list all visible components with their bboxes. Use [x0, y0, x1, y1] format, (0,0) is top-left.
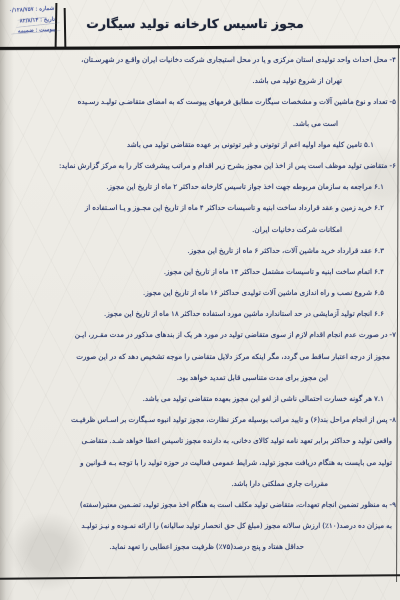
doc-line: ۶- متقاضی تولید موظف است پس از اخذ این م… — [0, 161, 400, 171]
scanned-document-page: شماره : ۰/۱۲۸/۷۵۷ تاریخ : ۸۲/۸/۱۴ پیوست … — [0, 0, 400, 600]
doc-line: تهران از شروع تولید می باشد. — [0, 76, 400, 86]
doc-line: ۶.۳ عقد قرارداد خرید ماشین آلات، حداکثر … — [0, 246, 400, 256]
page-title: مجوز تاسیس کارخانه تولید سیگارت — [70, 16, 320, 31]
doc-line: ۴- محل احداث واحد تولیدی استان مرکزی و ی… — [0, 55, 400, 65]
doc-line: ۷.۱ هر گونه خسارت احتمالی ناشی از لغو ای… — [0, 394, 400, 404]
handwriting-stroke — [11, 30, 61, 34]
doc-line: ۵.۱ تامین کلیه مواد اولیه اعم از توتونی … — [0, 140, 400, 150]
doc-line: واقعی تولید و حداکثر برابر تعهد نامه تول… — [0, 436, 400, 446]
doc-line: ۶.۴ اتمام ساخت ابنیه و تاسیسات مشتمل حدا… — [0, 267, 400, 277]
handwriting-stroke — [16, 22, 60, 28]
doc-line: تولید می بایست به هنگام دریافت مجوز تولی… — [0, 458, 400, 468]
doc-line: ۶.۱ مراجعه به سازمان مربوطه جهت اخذ جواز… — [0, 182, 400, 192]
doc-line: ۷- در صورت عدم انجام اقدام لازم از سوی م… — [0, 330, 400, 340]
doc-line: به میزان ده درصد(۱۰٪) ارزش سالانه مجوز (… — [0, 521, 400, 531]
doc-line: ۶.۶ انجام تولید آزمایشی در حد استاندارد … — [0, 309, 400, 319]
doc-line: است می باشد. — [0, 119, 400, 129]
doc-line: مقررات جاری مملکتی دارا باشد. — [0, 479, 400, 489]
doc-line: ۹- به منظور تضمین انجام تعهدات، متقاضی ت… — [0, 500, 400, 510]
doc-line: حداقل هفتاد و پنج درصد(۷۵٪) ظرفیت مجوز ا… — [0, 542, 400, 552]
doc-line: امکانات شرکت دخانیات ایران. — [0, 225, 400, 235]
doc-line: ۵- تعداد و نوع ماشین آلات و مشخصات سیگار… — [0, 97, 400, 107]
handwriting-stroke — [17, 17, 47, 21]
handwritten-note — [7, 9, 62, 41]
doc-line: مجوز از درجه اعتبار ساقط می گردد، مگر ای… — [0, 352, 400, 362]
header-divider-left — [64, 8, 66, 47]
doc-line: ۸- پس از انجام مراحل بند(۶) و تایید مرات… — [0, 415, 400, 425]
bottom-rule — [0, 574, 400, 580]
header-rule — [0, 45, 400, 49]
document-body: ۴- محل احداث واحد تولیدی استان مرکزی و ی… — [0, 55, 400, 564]
document-header: شماره : ۰/۱۲۸/۷۵۷ تاریخ : ۸۲/۸/۱۴ پیوست … — [0, 0, 400, 48]
doc-line: این مجوز برای مدت متناسبی قابل تمدید خوا… — [0, 373, 400, 383]
doc-line: ۶.۲ خرید زمین و عقد قرارداد ساخت ابنیه و… — [0, 203, 400, 213]
doc-line: ۶.۵ شروع نصب و راه اندازی ماشین آلات تول… — [0, 288, 400, 298]
